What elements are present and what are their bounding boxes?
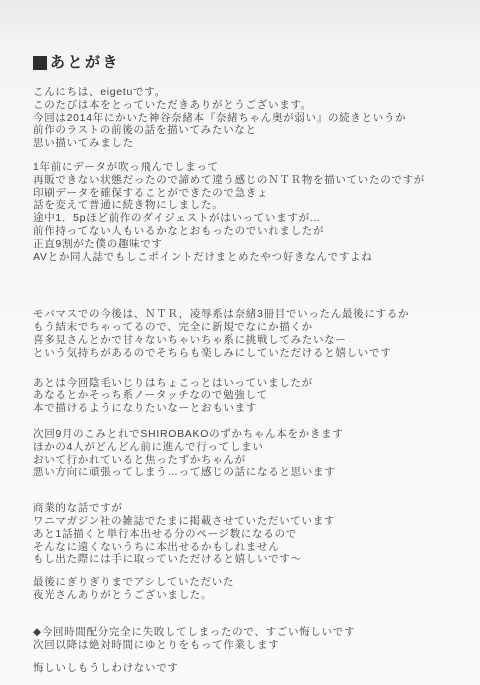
text-line: 正直9割がた僕の趣味です [33,238,462,251]
text-line: 話を変えて普通に続き物にしました。 [33,199,462,212]
paragraph: ◆今回時間配分完全に失敗してしまったので、すごい悔しいです次回以降は絶対時間にゆ… [33,626,462,652]
paragraph: 商業的な話ですがワニマガジン社の雑誌でたまに掲載させていただいていますあと1話描… [33,502,462,566]
text-line: そんなに遠くないうちに本出せるかもしれません [33,541,462,554]
text-line: 悔しいしもうしわけないです [33,662,462,675]
paragraph: 次回9月のこみとれでSHIROBAKOのずかちゃん本をかきますほかの4人がどんど… [33,428,462,479]
text-line: 今回は2014年にかいた神谷奈緒本『奈緒ちゃん奥が弱い』の続きというか [33,112,462,125]
text-line: あと1話描くと単行本出せる分のページ数になるので [33,528,462,541]
afterword-title-label: あとがき [50,55,120,71]
text-line: 悪い方向に頑張ってしまう…って感じの話になると思います [33,466,462,479]
text-line: おいて行かれていると焦ったずかちゃんが [33,454,462,467]
text-line: 商業的な話ですが [33,502,462,515]
text-line: 次回9月のこみとれでSHIROBAKOのずかちゃん本をかきます [33,428,462,441]
paragraph: モバマスでの今後は、ＮＴＲ，凌辱系は奈緒3冊目でいったん最後にするかもう結末でち… [33,308,462,359]
text-line: 次回以降は絶対時間にゆとりをもって作業します [33,639,462,652]
text-line: 最後にぎりぎりまでアシしていただいた [33,576,462,589]
text-line: このたびは本をとっていただきありがとうございます。 [33,99,462,112]
text-line: 思い描いてみました [33,137,462,150]
afterword-title: あとがき [33,55,462,71]
text-line: ワニマガジン社の雑誌でたまに掲載させていただいています [33,515,462,528]
text-line: AVとか同人誌でもしこポイントだけまとめたやつ好きなんですよね [33,251,462,264]
text-line: 本で描けるようになりたいなーとおもいます [33,402,462,415]
paragraph: 最後にぎりぎりまでアシしていただいた夜光さんありがとうございました。 [33,576,462,602]
afterword-page: あとがき こんにちは、eigetuです。このたびは本をとっていただきありがとうご… [0,0,480,685]
paragraph: 1年前にデータが吹っ飛んでしまって再販できない状態だったので諦めて違う感じのＮＴ… [33,161,462,263]
text-line: あとは今回陰毛いじりはちょこっとはいっていましたが [33,377,462,390]
text-line: あなるとかそっち系ノータッチなので勉強して [33,389,462,402]
text-line: 夜光さんありがとうございました。 [33,589,462,602]
text-line: ほかの4人がどんどん前に進んで行ってしまい [33,441,462,454]
text-line: モバマスでの今後は、ＮＴＲ，凌辱系は奈緒3冊目でいったん最後にするか [33,308,462,321]
text-line: 再販できない状態だったので諦めて違う感じのＮＴＲ物を描いていたのですが [33,174,462,187]
paragraph: あとは今回陰毛いじりはちょこっとはいっていましたがあなるとかそっち系ノータッチな… [33,377,462,415]
text-line: もう結末でちゃってるので、完全に新規でなにか描くか [33,321,462,334]
text-line: 前作持ってない人もいるかなとおもったのでいれましたが [33,225,462,238]
paragraph: こんにちは、eigetuです。このたびは本をとっていただきありがとうございます。… [33,86,462,150]
text-line: 喜多見さんとかで甘々ないちゃいちゃ系に挑戦してみたいなー [33,334,462,347]
text-line: 1年前にデータが吹っ飛んでしまって [33,161,462,174]
text-line: 印刷データを確保することができたので急きょ [33,187,462,200]
text-line: 途中1．5pほど前作のダイジェストがはいっていますが… [33,212,462,225]
text-line: という気持ちがあるのでそちらも楽しみにしていただけると嬉しいです [33,347,462,360]
text-line: こんにちは、eigetuです。 [33,86,462,99]
afterword-body: こんにちは、eigetuです。このたびは本をとっていただきありがとうございます。… [33,86,462,675]
text-line: もし出た際には手に取っていただけると嬉しいです〜 [33,553,462,566]
text-line: ◆今回時間配分完全に失敗してしまったので、すごい悔しいです [33,626,462,639]
text-line: 前作のラストの前後の話を描いてみたいなと [33,124,462,137]
paragraph: 悔しいしもうしわけないです [33,662,462,675]
black-square-icon [33,56,47,70]
